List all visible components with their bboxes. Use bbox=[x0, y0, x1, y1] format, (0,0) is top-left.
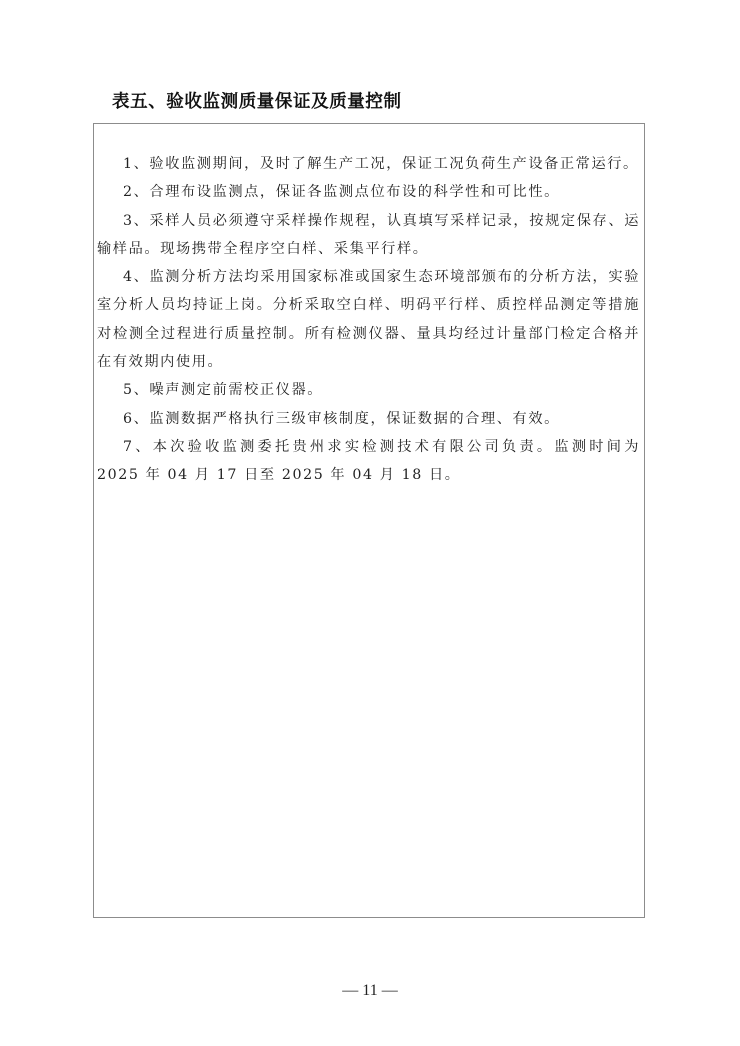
qc-item-3: 3、采样人员必须遵守采样操作规程，认真填写采样记录，按规定保存、运输样品。现场携… bbox=[97, 207, 640, 264]
qc-item-5: 5、噪声测定前需校正仪器。 bbox=[97, 376, 640, 404]
quality-control-table: 1、验收监测期间，及时了解生产工况，保证工况负荷生产设备正常运行。 2、合理布设… bbox=[93, 123, 645, 918]
qc-item-7: 7、本次验收监测委托贵州求实检测技术有限公司负责。监测时间为 2025 年 04… bbox=[97, 433, 640, 490]
qc-item-2: 2、合理布设监测点，保证各监测点位布设的科学性和可比性。 bbox=[97, 178, 640, 206]
page-number: — 11 — bbox=[0, 982, 740, 1000]
qc-item-6: 6、监测数据严格执行三级审核制度，保证数据的合理、有效。 bbox=[97, 405, 640, 433]
qc-item-4: 4、监测分析方法均采用国家标准或国家生态环境部颁布的分析方法，实验室分析人员均持… bbox=[97, 263, 640, 376]
qc-item-1: 1、验收监测期间，及时了解生产工况，保证工况负荷生产设备正常运行。 bbox=[97, 150, 640, 178]
quality-control-content: 1、验收监测期间，及时了解生产工况，保证工况负荷生产设备正常运行。 2、合理布设… bbox=[97, 150, 640, 490]
section-title: 表五、验收监测质量保证及质量控制 bbox=[112, 88, 402, 113]
